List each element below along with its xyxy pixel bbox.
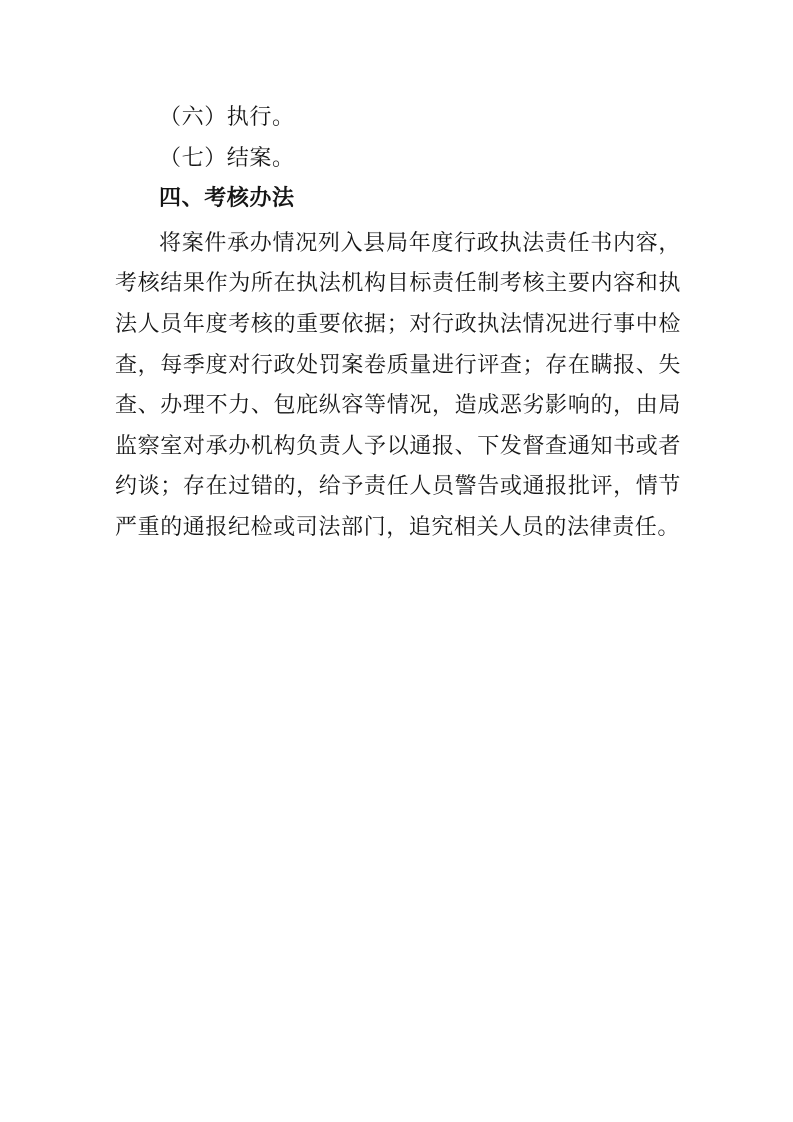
- list-item-six: （六）执行。: [115, 97, 681, 138]
- section-heading: 四、考核办法: [115, 178, 681, 219]
- document-content: （六）执行。 （七）结案。 四、考核办法 将案件承办情况列入县局年度行政执法责任…: [115, 97, 681, 548]
- list-item-seven: （七）结案。: [115, 138, 681, 179]
- document-page: （六）执行。 （七）结案。 四、考核办法 将案件承办情况列入县局年度行政执法责任…: [0, 0, 793, 1122]
- body-paragraph: 将案件承办情况列入县局年度行政执法责任书内容，考核结果作为所在执法机构目标责任制…: [115, 223, 681, 548]
